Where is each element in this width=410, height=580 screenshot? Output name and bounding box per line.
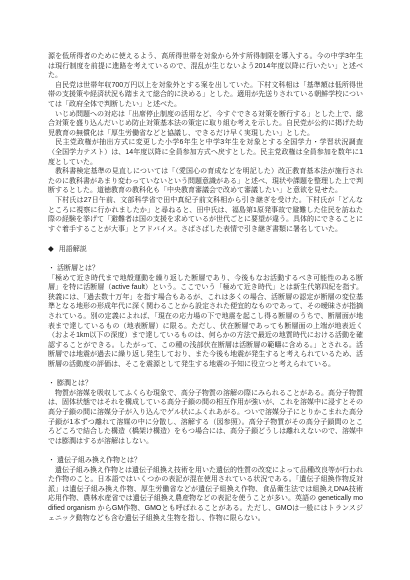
glossary-term: ・遺伝子組み換え作物とは？ 遺伝子組み換え作物とは遺伝子組換え技術を用いた遺伝的…	[48, 456, 363, 523]
glossary-term-title-label: 遺伝子組み換え作物とは？	[57, 457, 141, 464]
article-paragraph: 下村氏は27日午前、文部科学省で田中真紀子前文科相から引き継ぎを受けた。下村氏が…	[48, 196, 363, 234]
diamond-icon: ◆	[48, 244, 54, 253]
glossary-term-body: 遺伝子組み換え作物とは遺伝子組換え技術を用いた遺伝的性質の改変によって品種改良等…	[48, 466, 363, 524]
glossary-term: ・膨潤とは？ 物質が溶媒を吸収してふくらむ現象で、高分子物質の溶解の際にみられる…	[48, 379, 363, 446]
glossary-term: ・活断層とは？ 「極めて近き時代まで地殻運動を繰り返した断層であり、今後もなお活…	[48, 264, 363, 370]
glossary-term-body: 物質が溶媒を吸収してふくらむ現象で、高分子物質の溶解の際にみられることがある。高…	[48, 389, 363, 447]
glossary-term-title: ・活断層とは？	[48, 264, 363, 274]
glossary-term-title-label: 活断層とは？	[57, 265, 99, 272]
article-paragraph: いじめ問題への対応は「出席停止制度の活用など、今すぐできる対策を断行する」とした…	[48, 110, 363, 139]
glossary-term-body: 「極めて近き時代まで地殻運動を繰り返した断層であり、今後もなお活動するべき可能性…	[48, 274, 363, 370]
glossary-term-title-label: 膨潤とは？	[57, 380, 92, 387]
article-paragraph: 民主党政権が抽出方式に変更した小学6年生と中学3年生を対象とする全国学力・学習状…	[48, 138, 363, 167]
glossary-header-label: 用語解説	[59, 246, 87, 253]
glossary-section: ◆用語解説 ・活断層とは？ 「極めて近き時代まで地殻運動を繰り返した断層であり、…	[48, 244, 363, 523]
news-article: 源を低所得者のために使えるよう、高所得世帯を対象から外す所得制限を導入する。今の…	[48, 52, 363, 234]
bullet-icon: ・	[48, 265, 55, 272]
document-page: 源を低所得者のために使えるよう、高所得世帯を対象から外す所得制限を導入する。今の…	[0, 0, 410, 580]
glossary-header: ◆用語解説	[48, 244, 363, 255]
glossary-term-title: ・遺伝子組み換え作物とは？	[48, 456, 363, 466]
article-paragraph: 教科書検定基準の見直しについては「（愛国心の育成などを明記した）改正教育基本法が…	[48, 167, 363, 196]
article-paragraph: 自民党は世帯年収700万円以上を対象外とする案を出していた。下村文科相は「基準額…	[48, 81, 363, 110]
glossary-term-title: ・膨潤とは？	[48, 379, 363, 389]
bullet-icon: ・	[48, 457, 55, 464]
article-paragraph: 源を低所得者のために使えるよう、高所得世帯を対象から外す所得制限を導入する。今の…	[48, 52, 363, 81]
bullet-icon: ・	[48, 380, 55, 387]
